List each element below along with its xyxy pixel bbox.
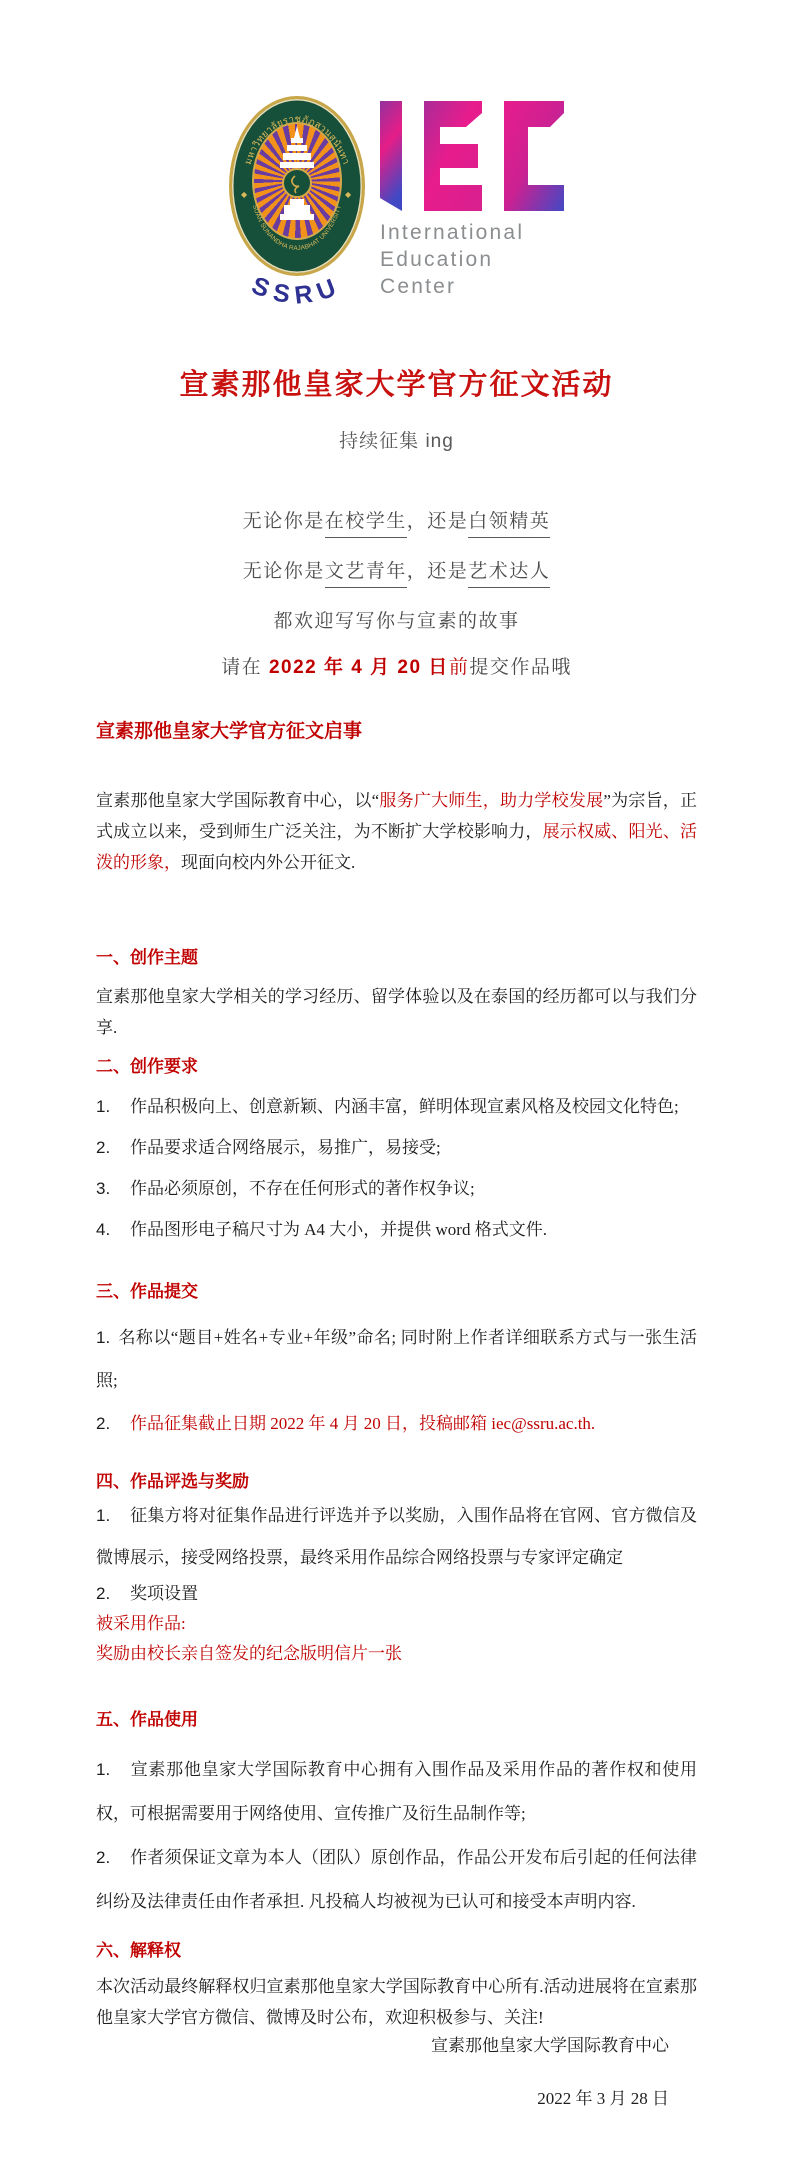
ssru-text: SSRU [248,278,346,310]
item-text: 宣素那他皇家大学国际教育中心拥有入围作品及采用作品的著作权和使用权，可根据需要用… [96,1760,697,1823]
item-number: 1. [96,1495,130,1537]
slogan-text: 请在 [221,657,269,678]
item-text: 作者须保证文章为本人（团队）原创作品，作品公开发布后引起的任何法律纠纷及法律责任… [96,1848,697,1911]
item-number: 2. [96,1579,130,1609]
intro-seg: 宣素那他皇家大学国际教育中心，以“ [96,791,379,810]
list-item: 2.奖项设置 [96,1579,697,1609]
item-text: 作品要求适合网络展示，易推广，易接受; [130,1138,441,1157]
item-text: 作品图形电子稿尺寸为 A4 大小，并提供 word 格式文件. [130,1220,547,1239]
list-item: 1.作品积极向上、创意新颖、内涵丰富，鲜明体现宣素风格及校园文化特色; [96,1086,697,1127]
list-item: 1.宣素那他皇家大学国际教育中心拥有入围作品及采用作品的著作权和使用权，可根据需… [96,1748,697,1836]
letter-e [424,101,482,211]
item-text-red: 作品征集截止日期 2022 年 4 月 20 日，投稿邮箱 iec@ssru.a… [130,1414,595,1433]
item-number: 1. [96,1316,118,1359]
item-number: 3. [96,1168,130,1209]
deadline-suffix: 前 [449,657,470,678]
list-item: 1.名称以“题目+姓名+专业+年级”命名; 同时附上作者详细联系方式与一张生活照… [96,1316,697,1402]
award-text: 奖励由校长亲自签发的纪念版明信片一张 [96,1639,697,1669]
slogan-text: 无论你是 [243,511,325,532]
ssru-emblem-block: มหาวิทยาลัยราชภัฏสวนสุนันทา SUAN SUNANDH… [229,96,365,316]
list-item: 2.作品要求适合网络展示，易推广，易接受; [96,1127,697,1168]
section-6-body: 本次活动最终解释权归宣素那他皇家大学国际教育中心所有.活动进展将在宣素那他皇家大… [96,1971,697,2033]
letter-c [504,101,564,211]
slogan-text: 都欢迎写写你与宣素的故事 [273,611,519,632]
intro-seg-red: 服务广大师生，助力学校发展 [379,791,603,810]
notice-heading: 宣素那他皇家大学官方征文启事 [96,720,697,744]
ssru-seal-icon: มหาวิทยาลัยราชภัฏสวนสุนันทา SUAN SUNANDH… [229,96,365,276]
item-text: 作品积极向上、创意新颖、内涵丰富，鲜明体现宣素风格及校园文化特色; [130,1097,679,1116]
iec-word-education: Education [380,246,564,273]
slogan-line-2: 无论你是文艺青年，还是艺术达人 [0,560,793,588]
intro-seg: 现面向校内外公开征文. [181,853,355,872]
iec-word-center: Center [380,273,564,300]
letter-i [380,101,402,211]
list-item: 3.作品必须原创，不存在任何形式的著作权争议; [96,1168,697,1209]
svg-text:SUAN SUNANDHA RAJABHAT UNIVERS: SUAN SUNANDHA RAJABHAT UNIVERSITY [251,203,343,252]
svg-text:SSRU: SSRU [248,278,346,310]
item-text: 作品必须原创，不存在任何形式的著作权争议; [130,1179,475,1198]
intro-paragraph: 宣素那他皇家大学国际教育中心，以“服务广大师生，助力学校发展”为宗旨，正式成立以… [96,785,697,878]
item-number: 1. [96,1748,130,1792]
iec-word-international: International [380,219,564,246]
signature-date: 2022 年 3 月 28 日 [96,2088,669,2110]
slogan-text: ，还是 [407,511,469,532]
signature-block: 宣素那他皇家大学国际教育中心 2022 年 3 月 28 日 [96,2035,697,2110]
list-item: 2.作品征集截止日期 2022 年 4 月 20 日，投稿邮箱 iec@ssru… [96,1402,697,1445]
list-item: 1.征集方将对征集作品进行评选并予以奖励，入围作品将在官网、官方微信及微博展示，… [96,1495,697,1579]
seal-diamond-right: ◆ [345,190,352,199]
slogan-underlined: 文艺青年 [325,560,407,588]
slogan-text: 提交作品哦 [469,657,572,678]
section-5-list: 1.宣素那他皇家大学国际教育中心拥有入围作品及采用作品的著作权和使用权，可根据需… [96,1748,697,1924]
iec-words: International Education Center [380,219,564,300]
list-item: 4.作品图形电子稿尺寸为 A4 大小，并提供 word 格式文件. [96,1209,697,1250]
svg-text:มหาวิทยาลัยราชภัฏสวนสุนันทา: มหาวิทยาลัยราชภัฏสวนสุนันทา [244,114,351,166]
item-number: 2. [96,1402,130,1445]
document-page: มหาวิทยาลัยราชภัฏสวนสุนันทา SUAN SUNANDH… [0,0,793,2159]
slogan-line-1: 无论你是在校学生，还是白领精英 [0,510,793,538]
award-label: 被采用作品: [96,1609,697,1639]
slogan-underlined: 在校学生 [325,510,407,538]
section-4-heading: 四、作品评选与奖励 [96,1470,697,1494]
item-text: 名称以“题目+姓名+专业+年级”命名; 同时附上作者详细联系方式与一张生活照; [96,1328,697,1390]
slogan-text: ，还是 [407,561,469,582]
item-text: 奖项设置 [130,1584,198,1603]
slogan-line-4: 请在 2022 年 4 月 20 日前提交作品哦 [0,656,793,680]
page-title: 宣素那他皇家大学官方征文活动 [0,368,793,402]
section-1-body: 宣素那他皇家大学相关的学习经历、留学体验以及在泰国的经历都可以与我们分享. [96,981,697,1043]
logo-header: มหาวิทยาลัยราชภัฏสวนสุนันทา SUAN SUNANDH… [0,96,793,316]
slogan-text: 无论你是 [243,561,325,582]
section-2-list: 1.作品积极向上、创意新颖、内涵丰富，鲜明体现宣素风格及校园文化特色; 2.作品… [96,1086,697,1250]
item-number: 1. [96,1086,130,1127]
section-4-awards: 2.奖项设置 被采用作品: 奖励由校长亲自签发的纪念版明信片一张 [96,1579,697,1669]
list-item: 2.作者须保证文章为本人（团队）原创作品，作品公开发布后引起的任何法律纠纷及法律… [96,1836,697,1924]
section-3-heading: 三、作品提交 [96,1280,697,1304]
slogan-line-3: 都欢迎写写你与宣素的故事 [0,610,793,634]
ssru-wordmark: SSRU [229,278,365,316]
slogan-block: 无论你是在校学生，还是白领精英 无论你是文艺青年，还是艺术达人 都欢迎写写你与宣… [0,510,793,680]
iec-logo: IEC [380,101,564,300]
iec-letters-icon: IEC [380,101,564,211]
document-body: 宣素那他皇家大学官方征文启事 宣素那他皇家大学国际教育中心，以“服务广大师生，助… [96,720,697,2110]
section-3-list: 1.名称以“题目+姓名+专业+年级”命名; 同时附上作者详细联系方式与一张生活照… [96,1316,697,1445]
slogan-underlined: 白领精英 [468,510,550,538]
seal-ring-text: มหาวิทยาลัยราชภัฏสวนสุนันทา SUAN SUNANDH… [229,96,365,276]
item-text: 征集方将对征集作品进行评选并予以奖励，入围作品将在官网、官方微信及微博展示，接受… [96,1506,697,1567]
section-5-heading: 五、作品使用 [96,1708,697,1732]
page-subtitle: 持续征集 ing [0,431,793,453]
seal-thai-text: มหาวิทยาลัยราชภัฏสวนสุนันทา [244,114,351,166]
section-6-heading: 六、解释权 [96,1939,697,1963]
signature-org: 宣素那他皇家大学国际教育中心 [96,2035,669,2057]
section-2-heading: 二、创作要求 [96,1055,697,1079]
item-number: 4. [96,1209,130,1250]
item-number: 2. [96,1836,130,1880]
slogan-underlined: 艺术达人 [468,560,550,588]
section-4-list: 1.征集方将对征集作品进行评选并予以奖励，入围作品将在官网、官方微信及微博展示，… [96,1495,697,1579]
item-number: 2. [96,1127,130,1168]
section-1-heading: 一、创作主题 [96,946,697,970]
seal-diamond-left: ◆ [241,190,248,199]
deadline-date: 2022 年 4 月 20 日 [269,657,449,678]
seal-english-text: SUAN SUNANDHA RAJABHAT UNIVERSITY [251,203,343,252]
